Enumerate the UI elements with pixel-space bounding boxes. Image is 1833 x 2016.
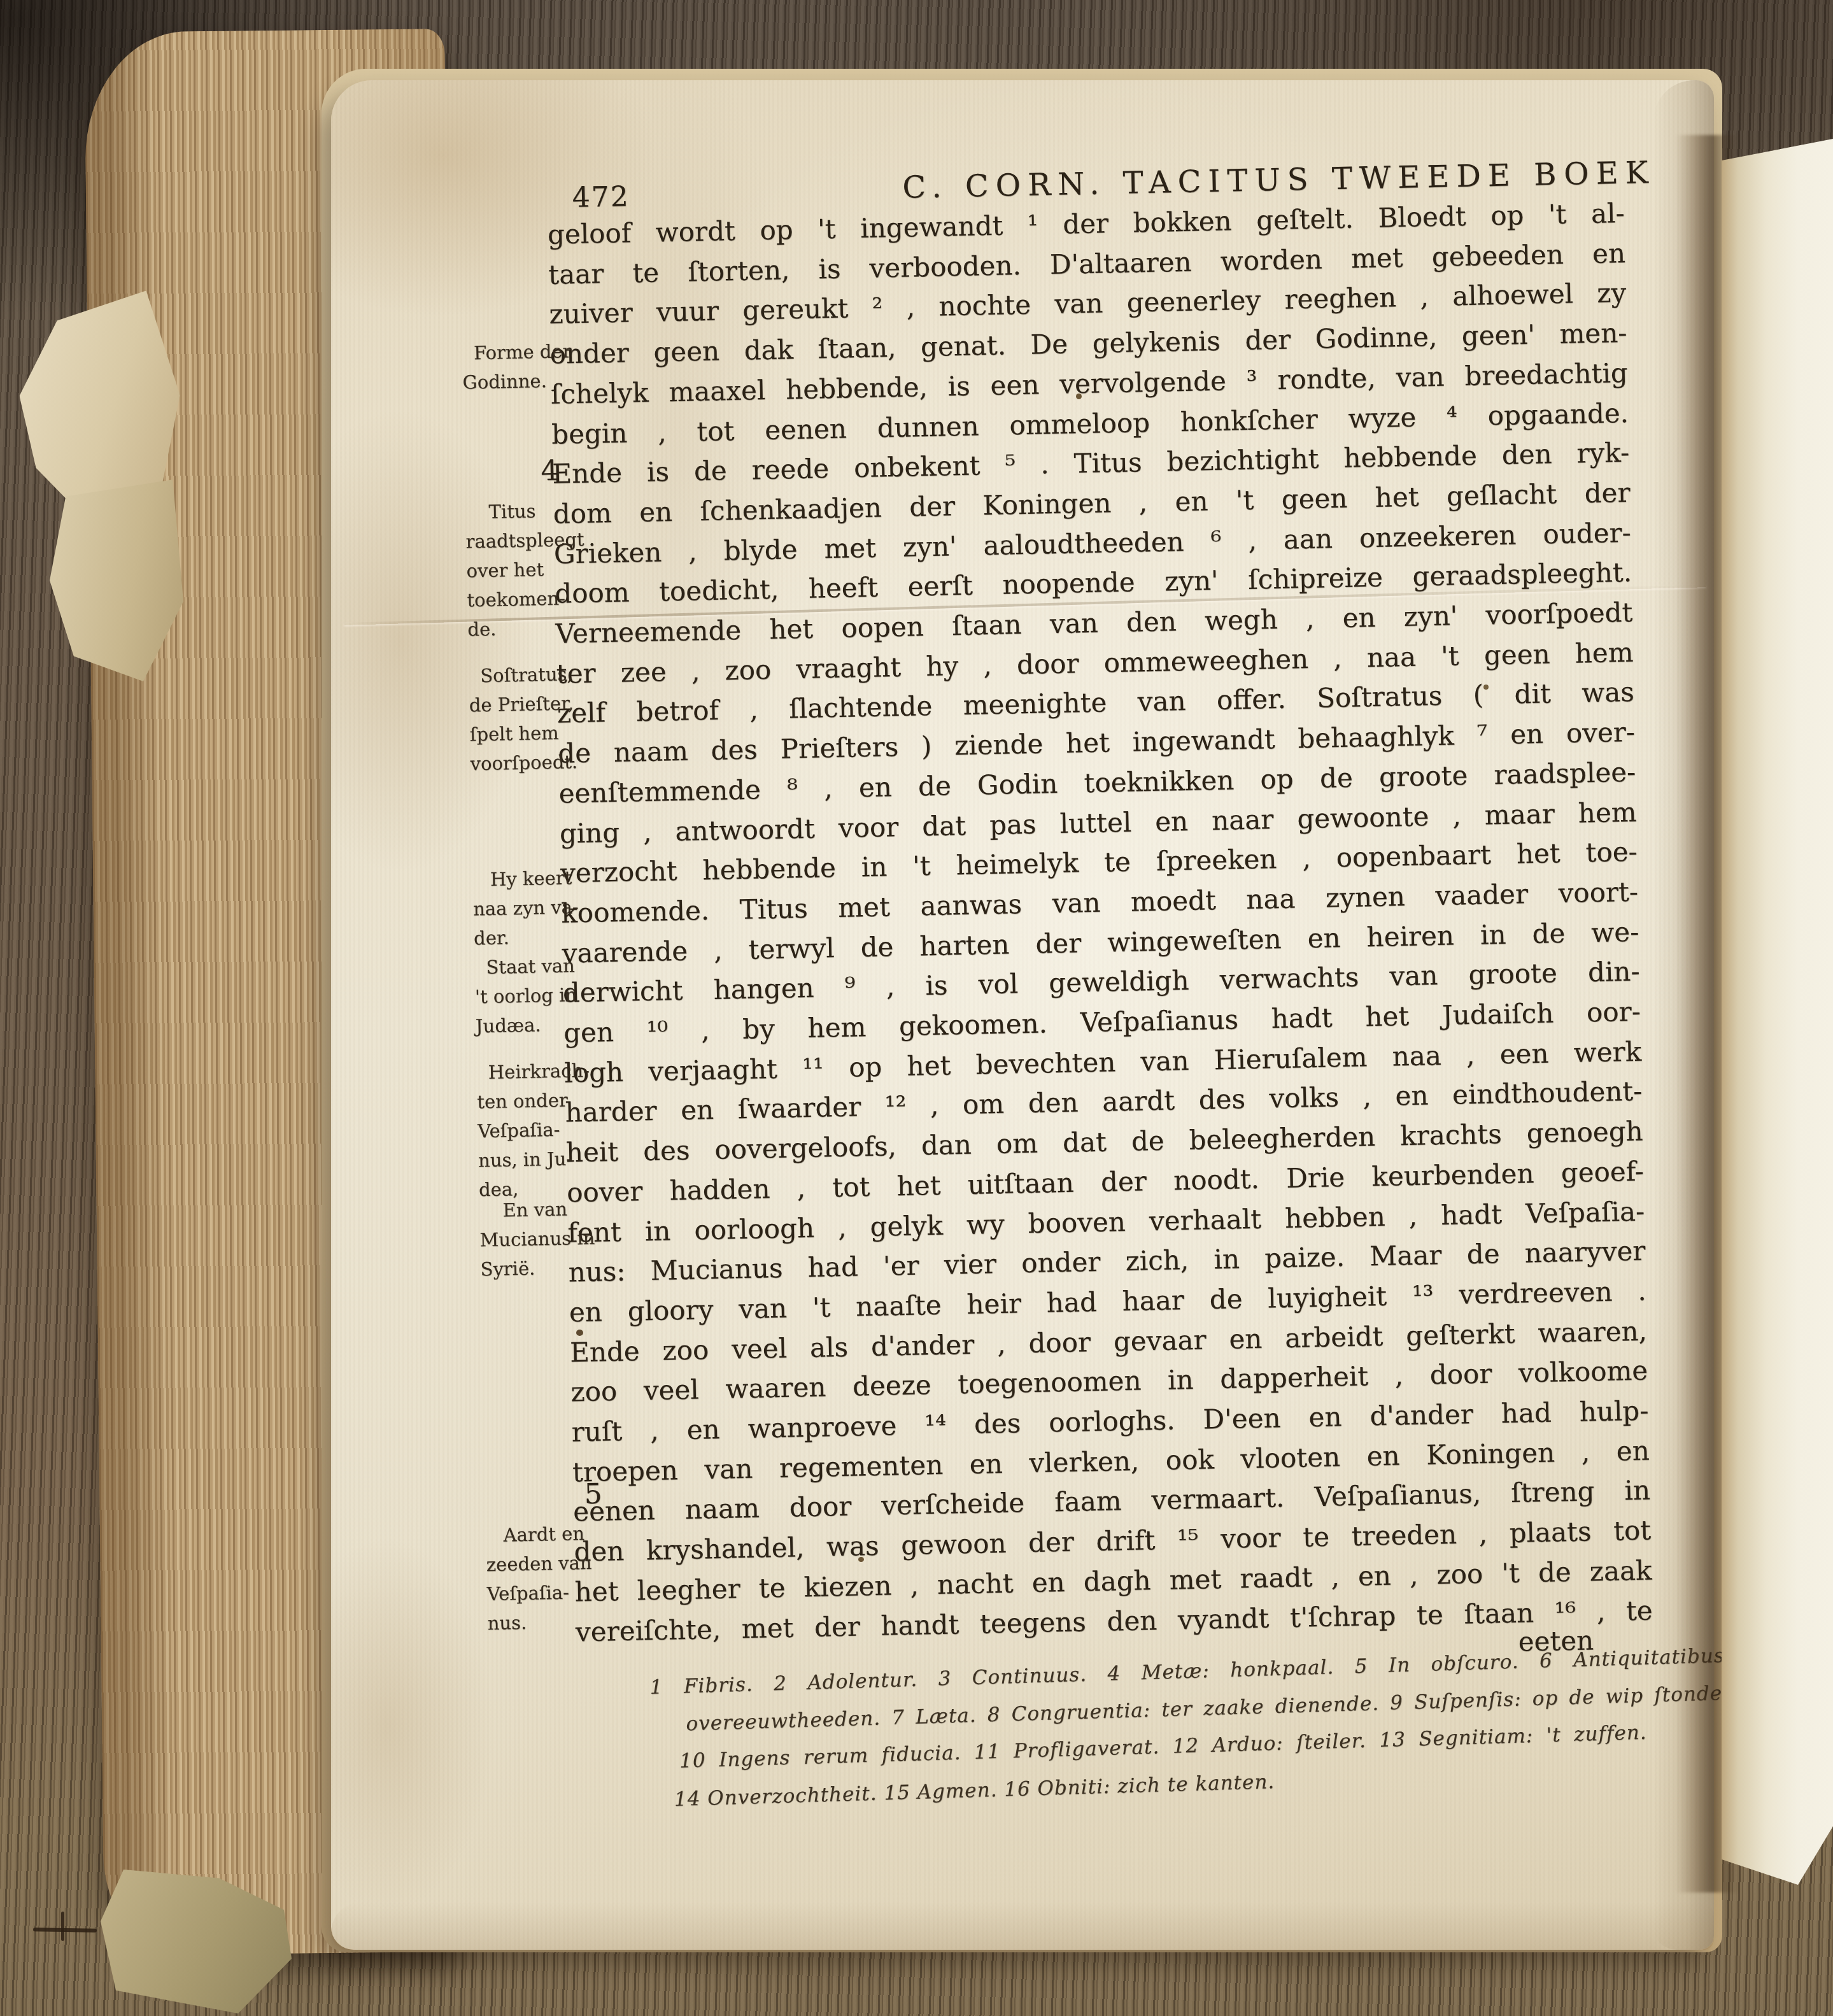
right-facing-page bbox=[1722, 139, 1833, 1885]
footnote-line: 14 Onverzochtheit. 15 Agmen. 16 Obniti: … bbox=[674, 1770, 1275, 1811]
footnotes-block: 1 Fibris. 2 Adolentur. 3 Continuus. 4 Me… bbox=[307, 60, 1745, 1970]
photo-of-book-page: 472 C. CORN. TACITUS TWEEDE BOEK 4 5 gel… bbox=[0, 0, 1833, 2016]
wood-mark bbox=[61, 1912, 64, 1941]
printed-text-layer: 472 C. CORN. TACITUS TWEEDE BOEK 4 5 gel… bbox=[315, 66, 1735, 1963]
